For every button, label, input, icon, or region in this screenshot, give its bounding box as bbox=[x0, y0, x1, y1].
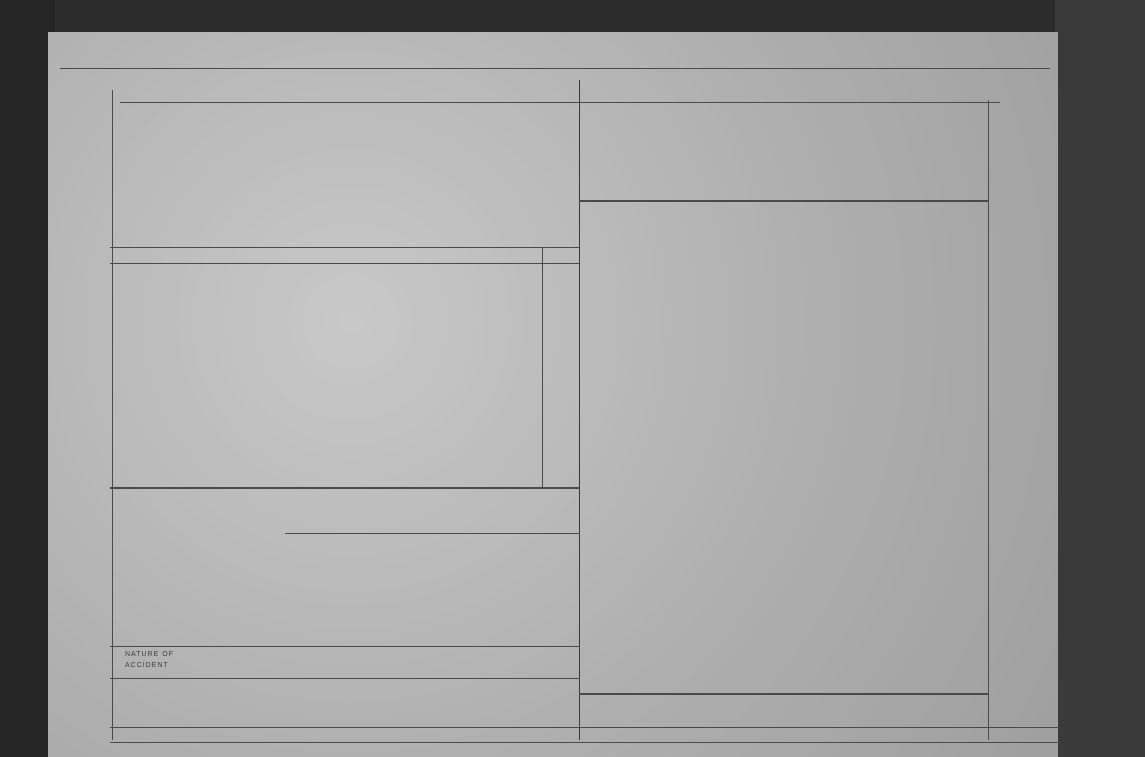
punch-card-form bbox=[48, 32, 1058, 757]
divider bbox=[60, 68, 1050, 69]
punch-holes-top bbox=[70, 38, 1050, 78]
divider bbox=[542, 247, 543, 487]
divider bbox=[110, 247, 580, 248]
divider bbox=[110, 727, 1060, 728]
divider bbox=[988, 100, 989, 740]
divider bbox=[285, 533, 580, 534]
divider bbox=[110, 742, 1060, 743]
divider bbox=[579, 200, 989, 202]
divider bbox=[110, 678, 580, 679]
divider bbox=[579, 693, 989, 695]
nature-label-2: ACCIDENT bbox=[125, 662, 169, 669]
divider bbox=[579, 80, 580, 740]
divider bbox=[110, 646, 580, 647]
scan-background-right bbox=[1055, 0, 1145, 757]
divider bbox=[112, 90, 113, 740]
divider bbox=[110, 487, 580, 489]
nature-label-1: NATURE OF bbox=[125, 651, 174, 658]
divider bbox=[120, 102, 1000, 103]
scan-background-left bbox=[0, 0, 55, 757]
divider bbox=[110, 263, 580, 264]
